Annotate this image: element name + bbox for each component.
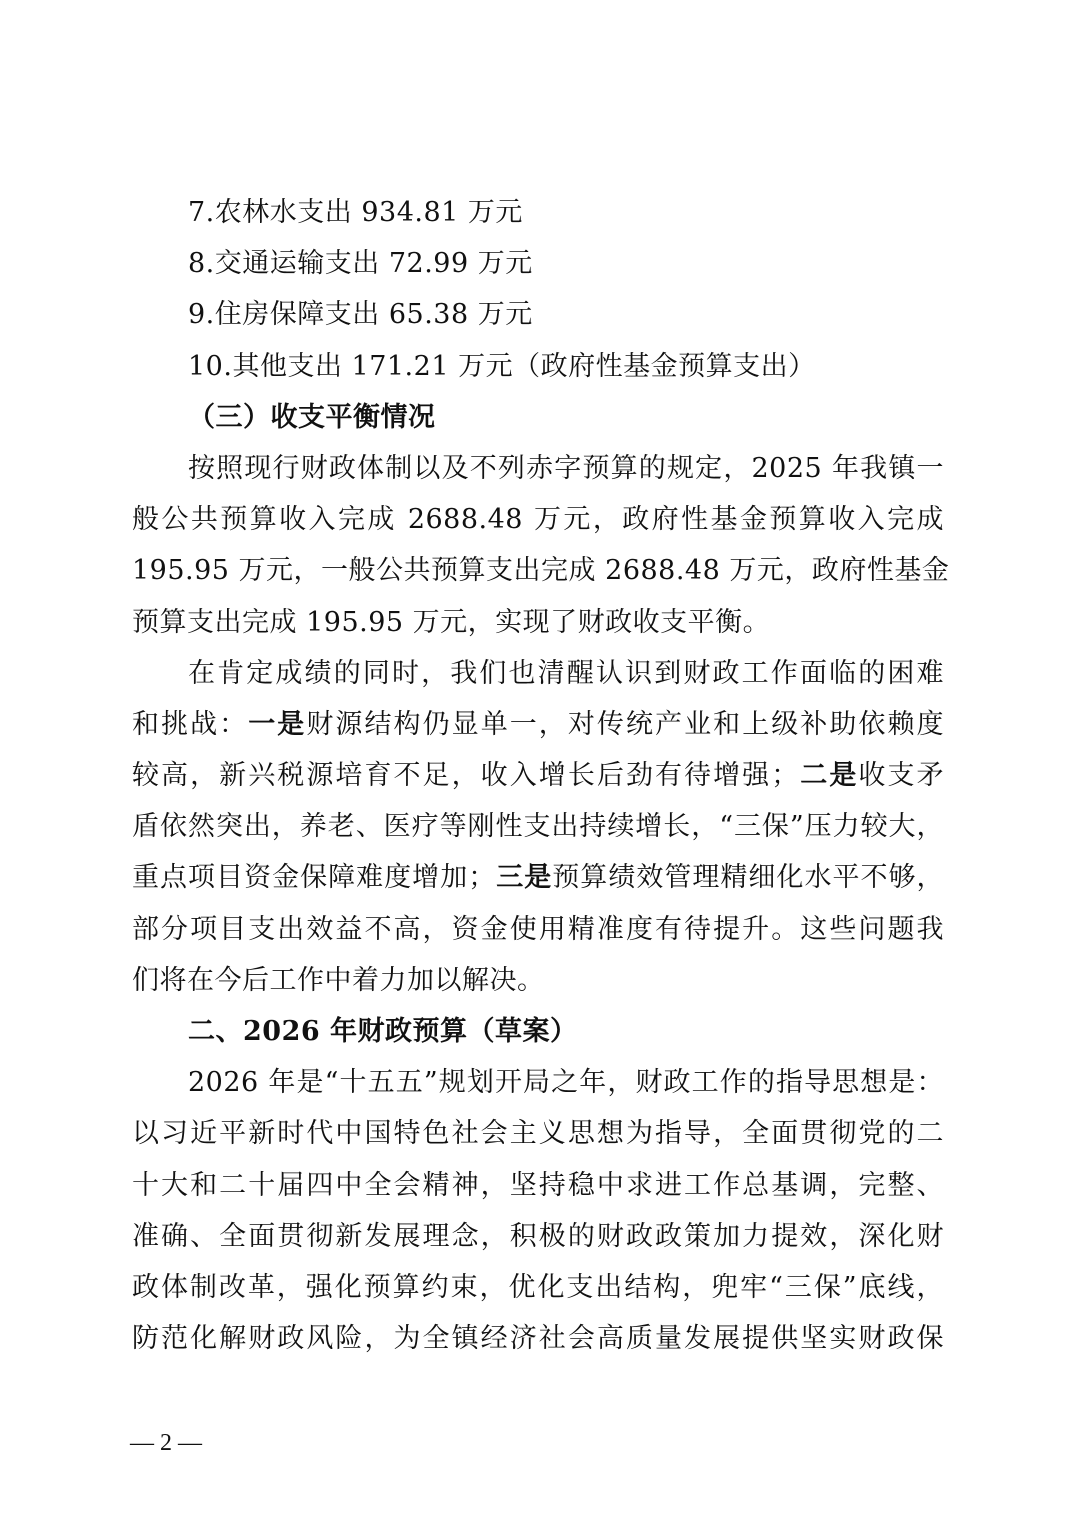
section-heading: 二、2026 年财政预算（草案）	[132, 1006, 944, 1057]
text: 收支矛	[858, 760, 944, 791]
emphasis-text: 三是	[496, 862, 553, 893]
paragraph-line: 盾依然突出，养老、医疗等刚性支出持续增长，“三保”压力较大，	[132, 801, 944, 852]
paragraph-line: 和挑战：一是财源结构仍显单一，对传统产业和上级补助依赖度	[132, 699, 944, 750]
paragraph-line: 以习近平新时代中国特色社会主义思想为指导，全面贯彻党的二	[132, 1108, 944, 1159]
paragraph-line: 在肯定成绩的同时，我们也清醒认识到财政工作面临的困难	[132, 648, 944, 699]
paragraph-line: 按照现行财政体制以及不列赤字预算的规定，2025 年我镇一	[132, 443, 944, 494]
text: 财源结构仍显单一，对传统产业和上级补助依赖度	[306, 709, 944, 740]
paragraph-line: 重点项目资金保障难度增加；三是预算绩效管理精细化水平不够，	[132, 852, 944, 903]
text: 和挑战：	[132, 709, 248, 740]
document-page: 7.农林水支出 934.81 万元 8.交通运输支出 72.99 万元 9.住房…	[132, 187, 944, 1364]
page-number: — 2 —	[130, 1430, 202, 1457]
text: 预算绩效管理精细化水平不够，	[552, 862, 944, 893]
paragraph-line: 十大和二十届四中全会精神，坚持稳中求进工作总基调，完整、	[132, 1160, 944, 1211]
paragraph-line: 政体制改革，强化预算约束，优化支出结构，兜牢“三保”底线，	[132, 1262, 944, 1313]
paragraph-line: 2026 年是“十五五”规划开局之年，财政工作的指导思想是：	[132, 1057, 944, 1108]
list-item: 9.住房保障支出 65.38 万元	[132, 289, 944, 340]
list-item: 10.其他支出 171.21 万元（政府性基金预算支出）	[132, 341, 944, 392]
emphasis-text: 二是	[799, 760, 859, 791]
paragraph-line: 般公共预算收入完成 2688.48 万元，政府性基金预算收入完成	[132, 494, 944, 545]
paragraph-line: 部分项目支出效益不高，资金使用精准度有待提升。这些问题我	[132, 904, 944, 955]
paragraph-line: 防范化解财政风险，为全镇经济社会高质量发展提供坚实财政保	[132, 1313, 944, 1364]
paragraph-line: 们将在今后工作中着力加以解决。	[132, 955, 944, 1006]
text: 较高，新兴税源培育不足，收入增长后劲有待增强；	[132, 760, 799, 791]
paragraph-line: 准确、全面贯彻新发展理念，积极的财政政策加力提效，深化财	[132, 1211, 944, 1262]
emphasis-text: 一是	[248, 709, 306, 740]
section-heading: （三）收支平衡情况	[132, 392, 944, 443]
paragraph-line: 预算支出完成 195.95 万元，实现了财政收支平衡。	[132, 597, 944, 648]
paragraph-line: 195.95 万元，一般公共预算支出完成 2688.48 万元，政府性基金	[132, 545, 944, 596]
paragraph-line: 较高，新兴税源培育不足，收入增长后劲有待增强；二是收支矛	[132, 750, 944, 801]
text: 重点项目资金保障难度增加；	[132, 862, 496, 893]
list-item: 7.农林水支出 934.81 万元	[132, 187, 944, 238]
list-item: 8.交通运输支出 72.99 万元	[132, 238, 944, 289]
